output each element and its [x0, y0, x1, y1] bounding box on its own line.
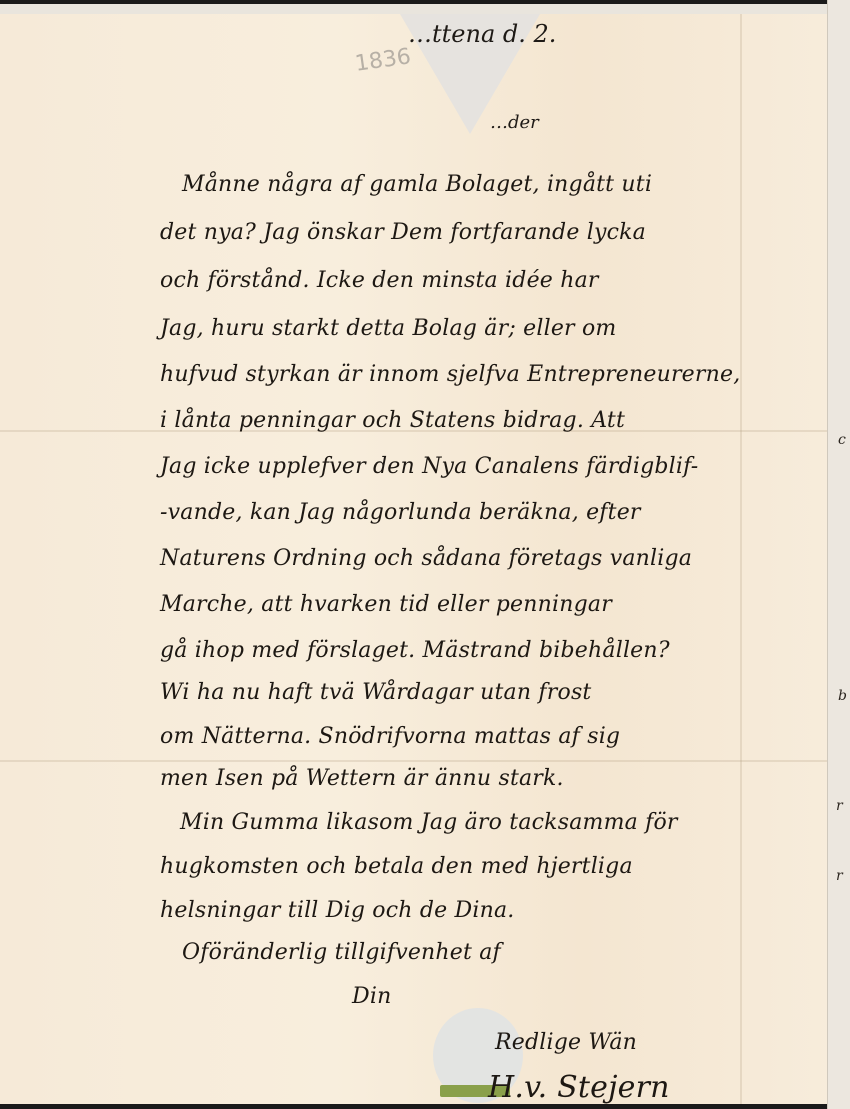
body-line: Min Gumma likasom Jag äro tacksamma för [180, 810, 678, 835]
body-line: i lånta penningar och Statens bidrag. At… [160, 408, 625, 433]
margin-mark: r [836, 868, 843, 884]
body-line: -vande, kan Jag någorlunda beräkna, efte… [160, 500, 641, 525]
margin-mark: r [836, 798, 843, 814]
body-line: om Nätterna. Snödrifvorna mattas af sig [160, 724, 620, 749]
fold-line [0, 760, 832, 762]
margin-mark: b [838, 688, 847, 704]
body-line: Månne några af gamla Bolaget, ingått uti [182, 172, 652, 197]
body-line: hugkomsten och betala den med hjertliga [160, 854, 633, 879]
body-line: hufvud styrkan är innom sjelfva Entrepre… [160, 362, 740, 387]
body-line: gå ihop med förslaget. Mästrand bibehåll… [160, 638, 670, 663]
body-line: Jag icke upplefver den Nya Canalens färd… [160, 454, 698, 479]
fold-line [740, 14, 742, 1104]
body-line: Wi ha nu haft tvä Wårdagar utan frost [160, 680, 591, 705]
body-line: och förstånd. Icke den minsta idée har [160, 268, 599, 293]
body-line: Marche, att hvarken tid eller penningar [160, 592, 612, 617]
underlying-sheet-edge [827, 0, 850, 1109]
margin-mark: c [838, 432, 846, 448]
closing-din: Din [352, 984, 391, 1009]
body-line: Jag, huru starkt detta Bolag är; eller o… [160, 316, 616, 341]
salutation-fragment: …der [490, 112, 539, 133]
body-line: det nya? Jag önskar Dem fortfarande lyck… [160, 220, 646, 245]
body-line: Naturens Ordning och sådana företags van… [160, 546, 692, 571]
valediction: Redlige Wän [495, 1030, 637, 1055]
signature: H.v. Stejern [488, 1070, 670, 1105]
body-line: helsningar till Dig och de Dina. [160, 898, 514, 923]
place-date-header: …ttena d. 2. [408, 20, 556, 48]
body-line: men Isen på Wettern är ännu stark. [160, 766, 564, 791]
body-line: Oföränderlig tillgifvenhet af [182, 940, 501, 965]
